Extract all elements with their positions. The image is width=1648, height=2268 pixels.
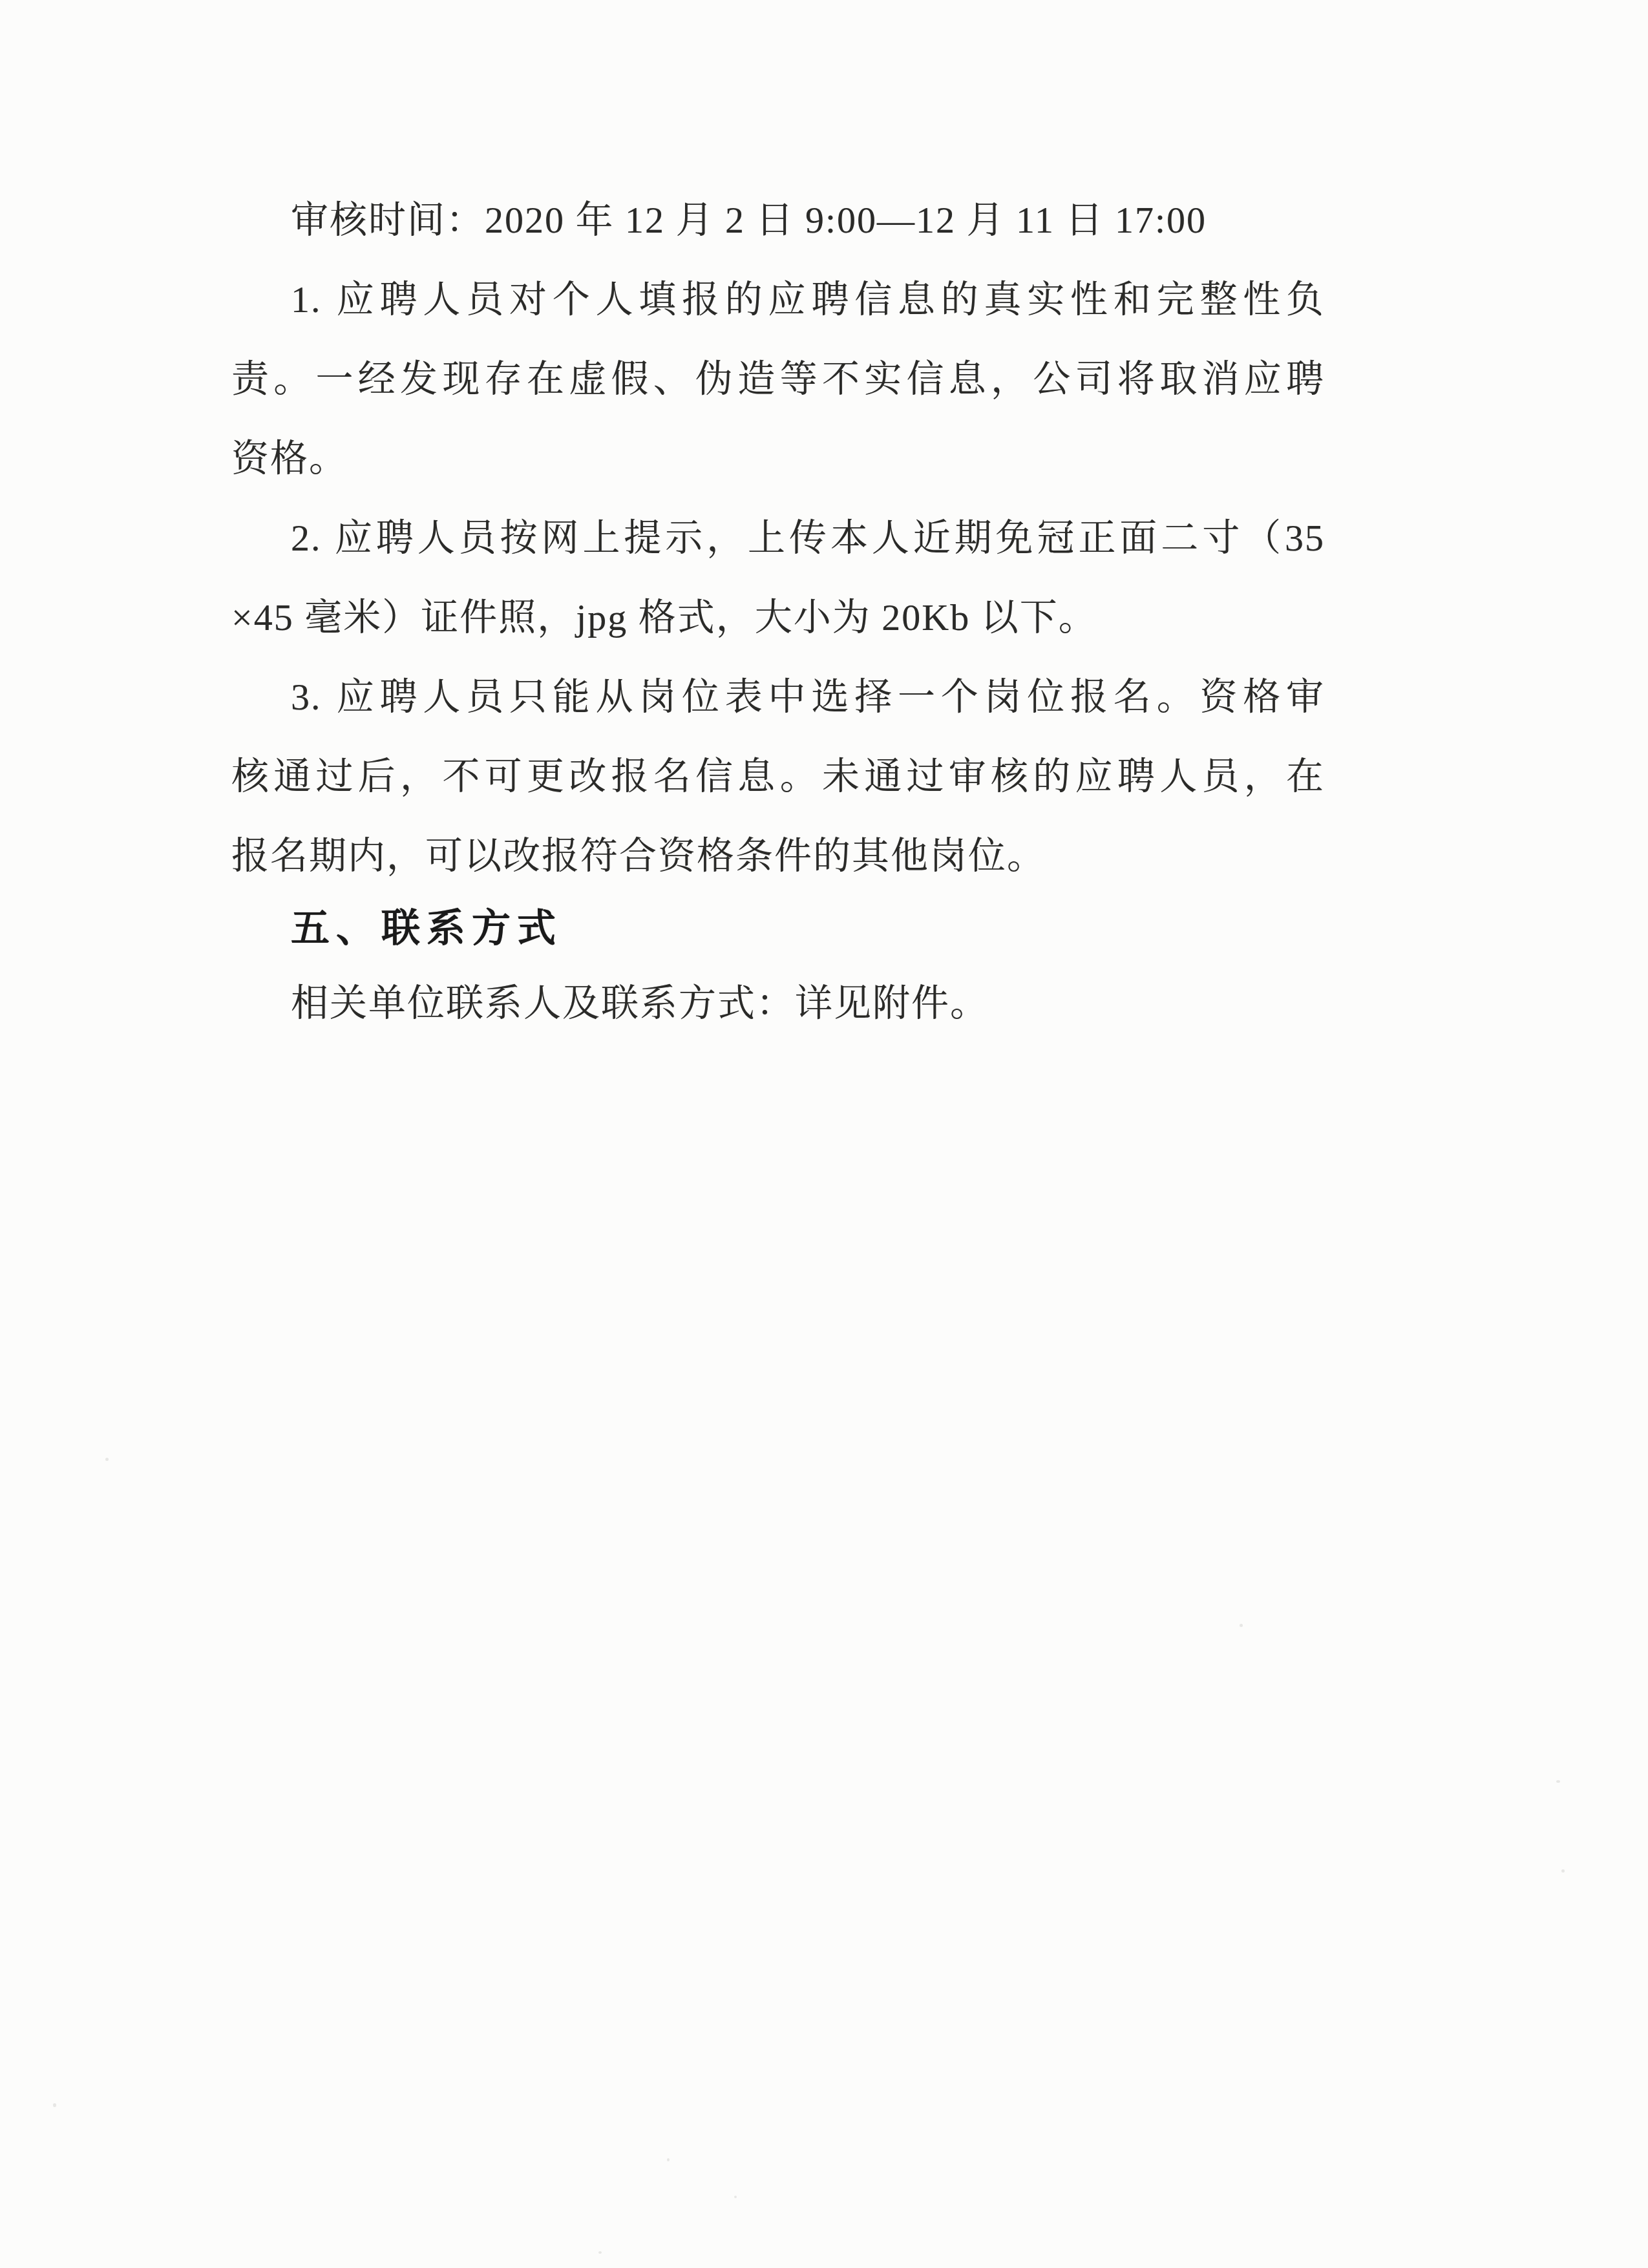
line-review-time: 审核时间：2020 年 12 月 2 日 9:00—12 月 11 日 17:0…	[231, 198, 1325, 243]
document-page: 审核时间：2020 年 12 月 2 日 9:00—12 月 11 日 17:0…	[0, 0, 1648, 2268]
line-note1-start: 1. 应聘人员对个人填报的应聘信息的真实性和完整性负	[231, 277, 1325, 322]
line-note2-end: ×45 毫米）证件照，jpg 格式，大小为 20Kb 以下。	[231, 595, 1325, 640]
line-note3-start: 3. 应聘人员只能从岗位表中选择一个岗位报名。资格审	[231, 675, 1325, 720]
line-note3-end: 报名期内，可以改报符合资格条件的其他岗位。	[231, 834, 1325, 879]
line-note1-end: 资格。	[231, 436, 1325, 481]
scan-speck	[105, 1458, 109, 1461]
line-note1-middle: 责。一经发现存在虚假、伪造等不实信息，公司将取消应聘	[231, 357, 1325, 402]
scan-speck	[1240, 1624, 1243, 1627]
scan-speck	[598, 2251, 602, 2254]
scan-speck	[1556, 1780, 1560, 1783]
line-contact-info: 相关单位联系人及联系方式：详见附件。	[231, 981, 1325, 1026]
scan-speck	[53, 2103, 56, 2107]
scan-speck	[1561, 1869, 1565, 1873]
line-note3-middle: 核通过后，不可更改报名信息。未通过审核的应聘人员，在	[231, 754, 1325, 799]
scan-speck	[667, 2158, 670, 2161]
line-note2-start: 2. 应聘人员按网上提示，上传本人近期免冠正面二寸（35	[231, 516, 1325, 561]
scan-speck	[734, 2196, 737, 2198]
section-heading-contact: 五、联系方式	[231, 906, 1325, 951]
